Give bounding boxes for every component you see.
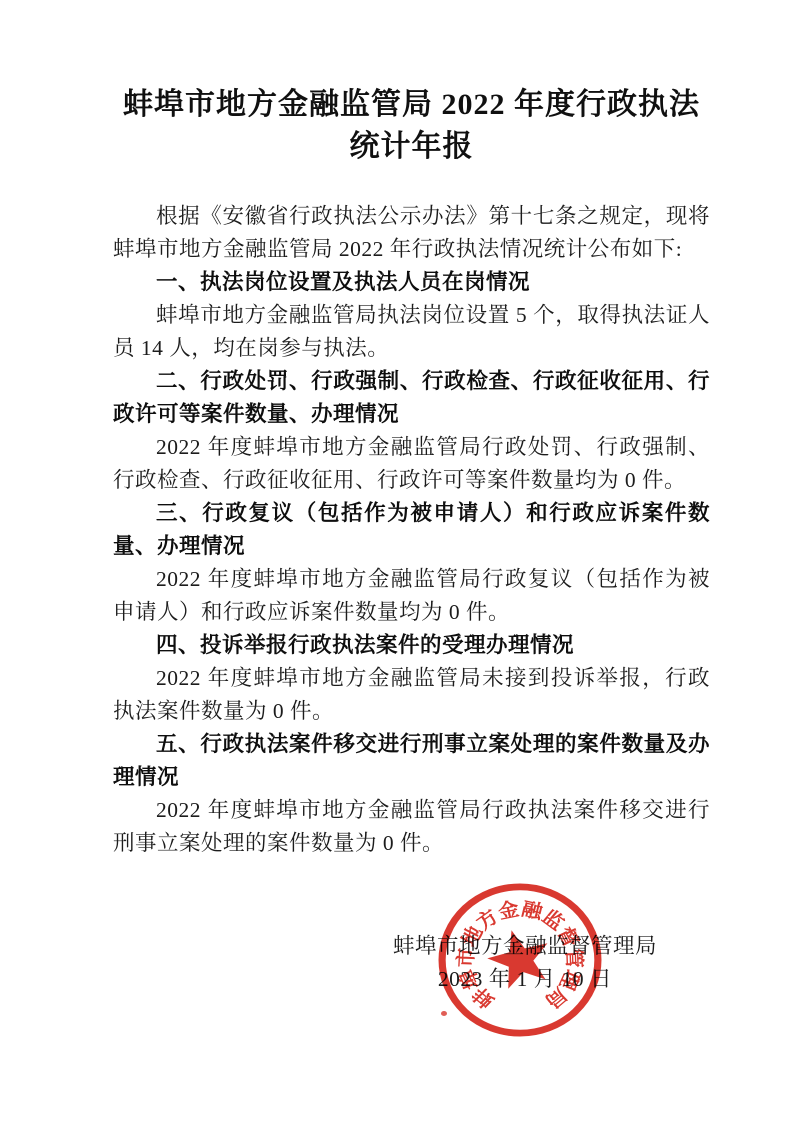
section-2-heading: 二、行政处罚、行政强制、行政检查、行政征收征用、行政许可等案件数量、办理情况 (113, 365, 710, 431)
page-title: 蚌埠市地方金融监管局 2022 年度行政执法统计年报 (113, 84, 710, 168)
section-1-heading: 一、执法岗位设置及执法人员在岗情况 (113, 266, 710, 299)
section-3-body: 2022 年度蚌埠市地方金融监管局行政复议（包括作为被申请人）和行政应诉案件数量… (113, 563, 710, 629)
section-5-heading: 五、行政执法案件移交进行刑事立案处理的案件数量及办理情况 (113, 728, 710, 794)
document-body: 根据《安徽省行政执法公示办法》第十七条之规定，现将蚌埠市地方金融监管局 2022… (113, 200, 710, 860)
document-page: { "doc": { "title": "蚌埠市地方金融监管局 2022 年度行… (0, 0, 793, 1122)
section-3-heading: 三、行政复议（包括作为被申请人）和行政应诉案件数量、办理情况 (113, 497, 710, 563)
signature-date: 2023 年 1 月 10 日 (330, 963, 720, 996)
section-1-body: 蚌埠市地方金融监管局执法岗位设置 5 个，取得执法证人员 14 人，均在岗参与执… (113, 299, 710, 365)
intro-paragraph: 根据《安徽省行政执法公示办法》第十七条之规定，现将蚌埠市地方金融监管局 2022… (113, 200, 710, 266)
section-5-body: 2022 年度蚌埠市地方金融监管局行政执法案件移交进行刑事立案处理的案件数量为 … (113, 794, 710, 860)
signature-block: 蚌埠市地方金融监督管理局 2023 年 1 月 10 日 (330, 930, 720, 996)
section-4-body: 2022 年度蚌埠市地方金融监管局未接到投诉举报，行政执法案件数量为 0 件。 (113, 662, 710, 728)
section-2-body: 2022 年度蚌埠市地方金融监管局行政处罚、行政强制、行政检查、行政征收征用、行… (113, 431, 710, 497)
signature-agency: 蚌埠市地方金融监督管理局 (330, 930, 720, 963)
section-4-heading: 四、投诉举报行政执法案件的受理办理情况 (113, 629, 710, 662)
ink-speck (441, 1011, 447, 1016)
